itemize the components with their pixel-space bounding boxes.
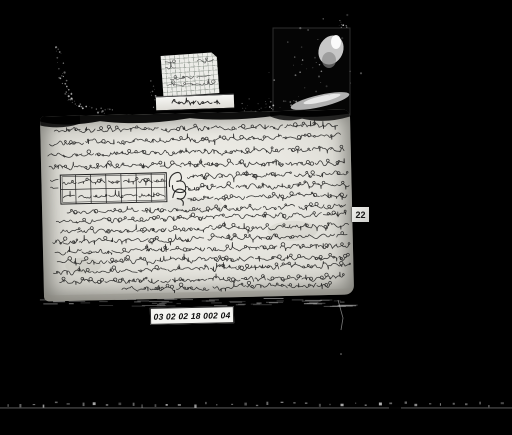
note-handwriting <box>161 52 220 97</box>
catalog-code-label: 03 02 02 18 002 04 <box>150 306 234 325</box>
folded-corner <box>210 51 217 58</box>
microfilm-photo-frame: 22 03 02 02 18 002 04 <box>0 0 512 435</box>
manuscript-page <box>40 110 354 302</box>
title-handwriting <box>156 95 234 110</box>
catalog-note-card <box>161 52 220 97</box>
manuscript-handwriting <box>40 110 354 302</box>
title-label-strip <box>156 94 234 112</box>
frame-number-label: 22 <box>352 207 369 222</box>
